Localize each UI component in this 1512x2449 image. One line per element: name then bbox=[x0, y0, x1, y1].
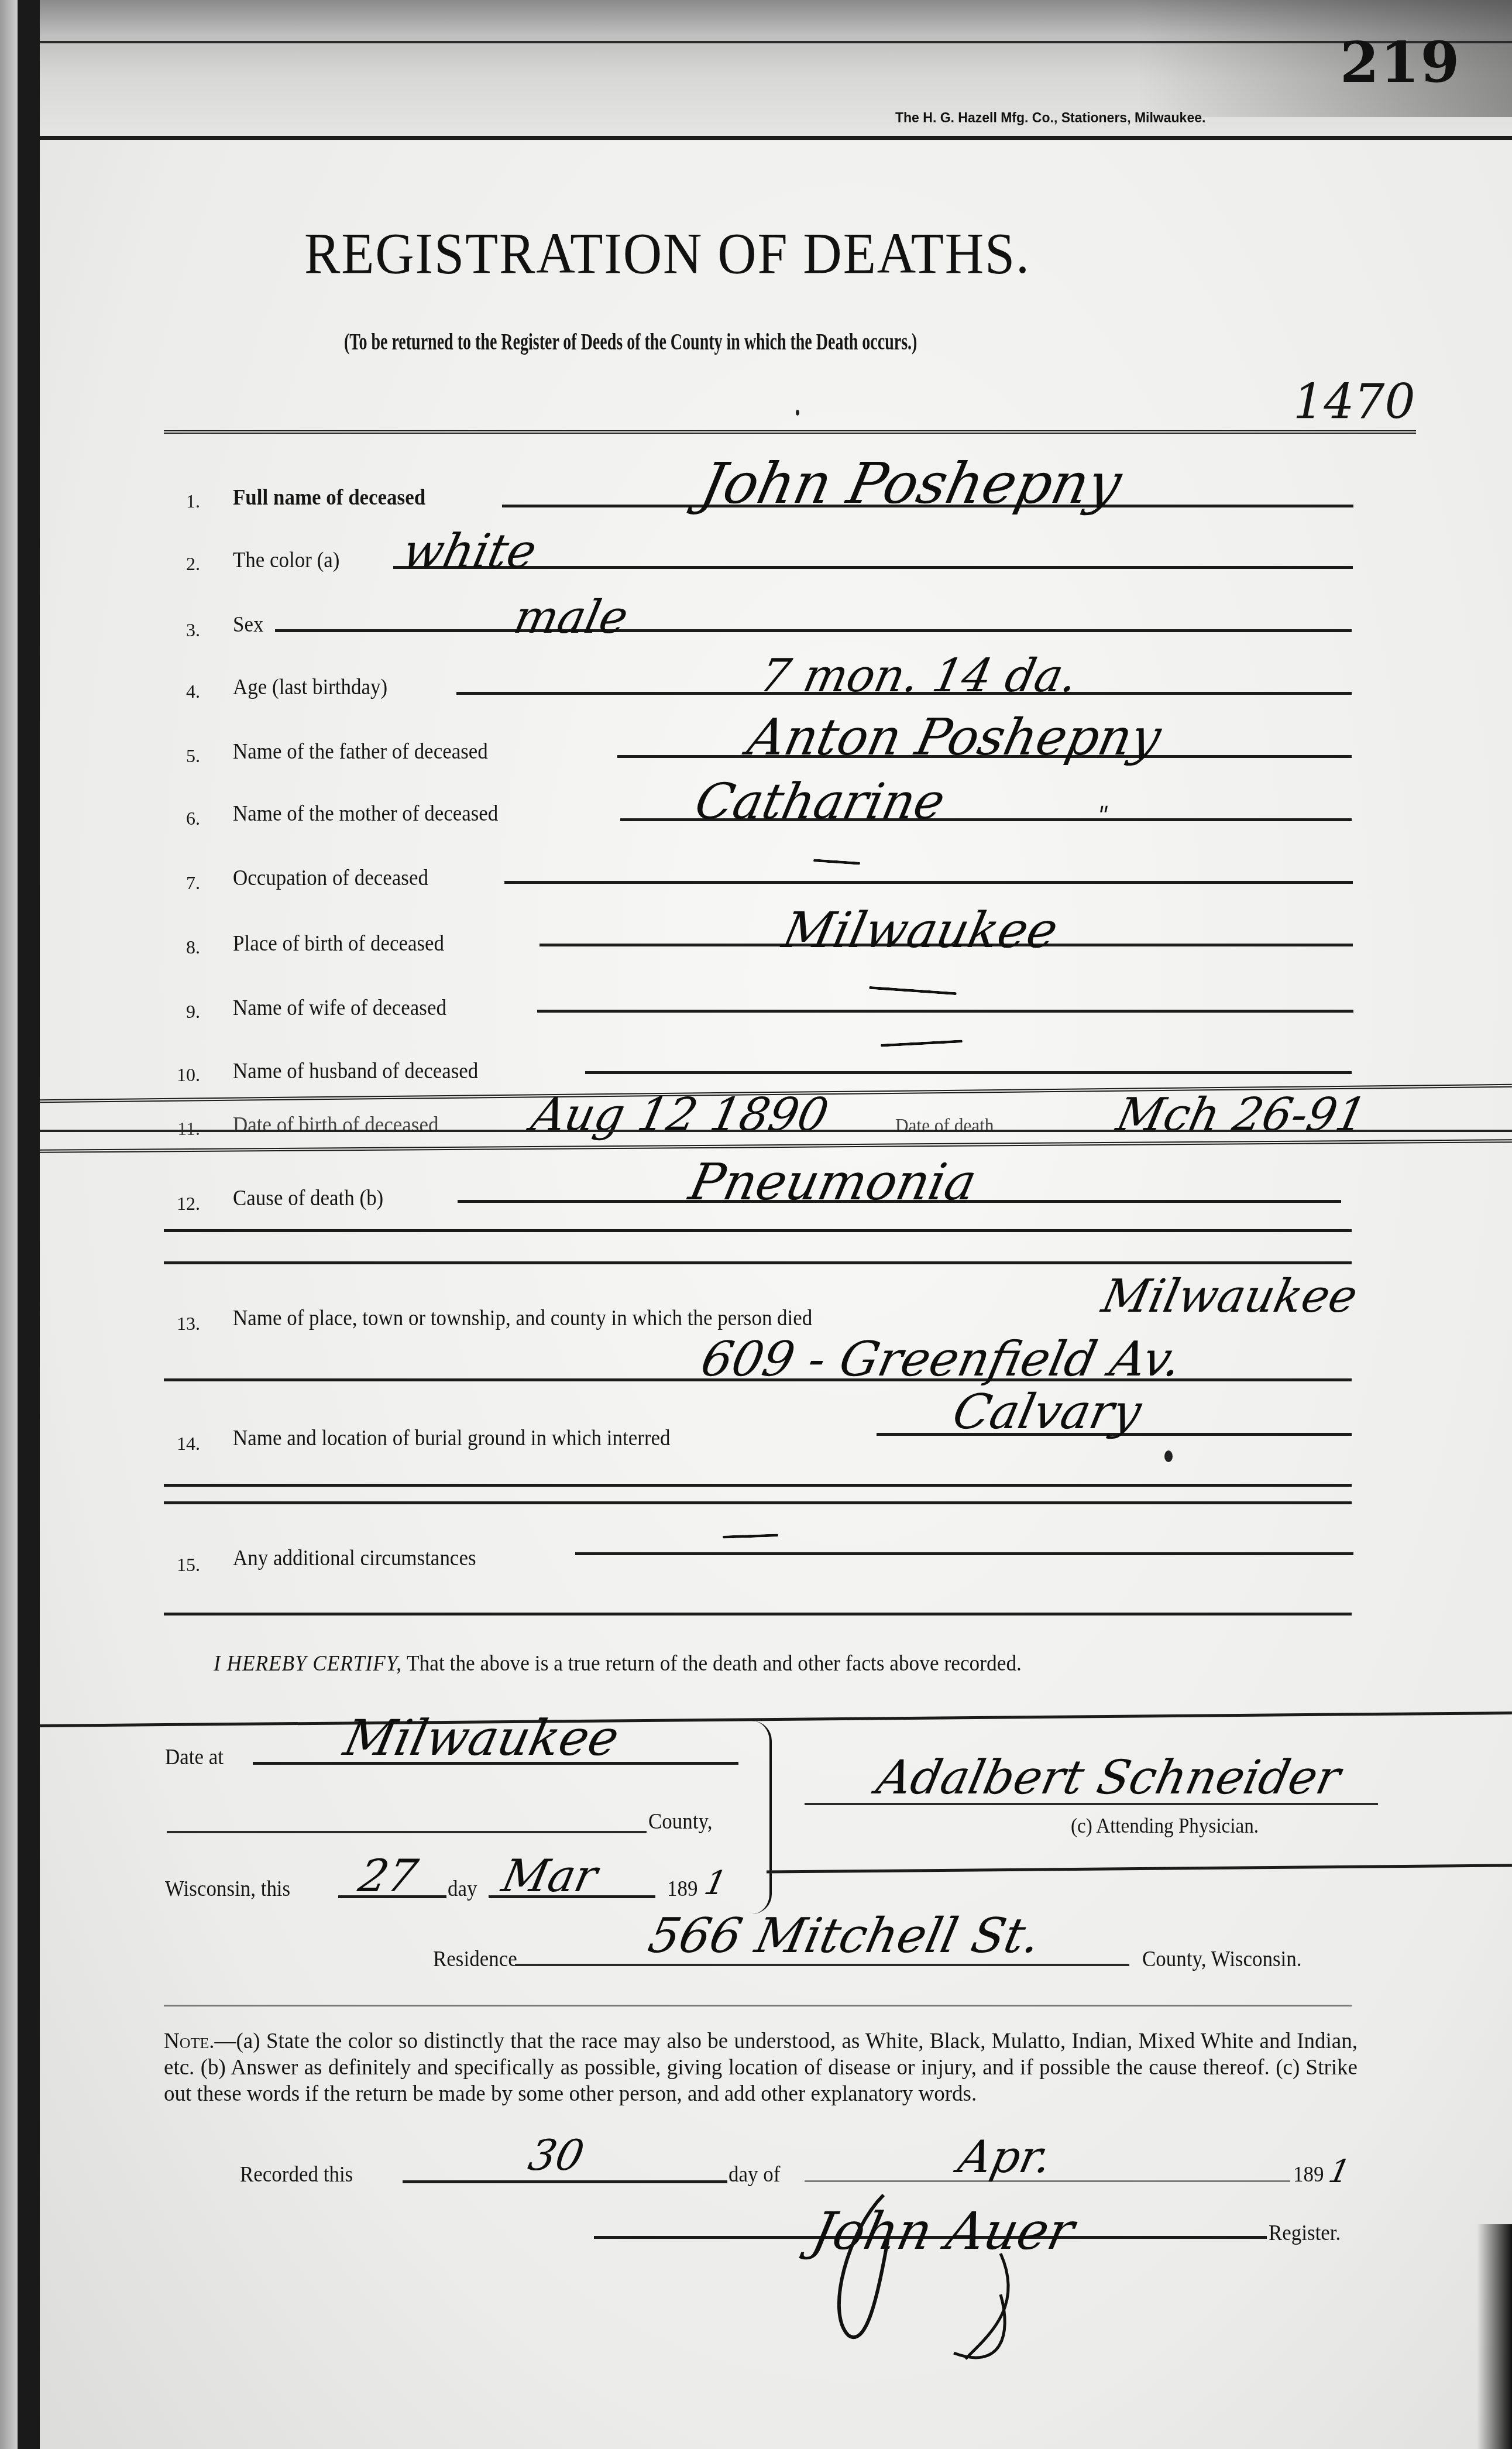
residence-value[interactable]: 566 Mitchell St. bbox=[644, 1908, 1046, 1964]
field-number: 2. bbox=[153, 553, 200, 575]
field-value-age[interactable]: 7 mon. 14 da. bbox=[755, 650, 1083, 702]
field-label-wife: Name of wife of deceased bbox=[233, 995, 446, 1021]
binding-shadow bbox=[18, 0, 40, 2449]
certification-statement: I HEREBY CERTIFY, That the above is a tr… bbox=[214, 1651, 1022, 1676]
field-number: 5. bbox=[153, 745, 200, 767]
field-label-cause: Cause of death (b) bbox=[233, 1185, 383, 1211]
certify-day-value[interactable]: 27 bbox=[355, 1850, 422, 1902]
field-number: 10. bbox=[153, 1064, 200, 1086]
field-number: 1. bbox=[153, 491, 200, 512]
field-number: 11. bbox=[153, 1118, 200, 1140]
page-number: 219 bbox=[1340, 29, 1461, 95]
certification-text: That the above is a true return of the d… bbox=[407, 1651, 1022, 1676]
field-line bbox=[537, 1010, 1353, 1013]
field-label-sex: Sex bbox=[233, 612, 263, 637]
field-line-extra bbox=[164, 1261, 1352, 1264]
ink-speck bbox=[1164, 1450, 1173, 1462]
field-label-father: Name of the father of deceased bbox=[233, 739, 488, 764]
field-label-mother: Name of the mother of deceased bbox=[233, 801, 498, 826]
field-value-mother[interactable]: Catharine bbox=[690, 773, 950, 830]
date-at-value[interactable]: Milwaukee bbox=[339, 1709, 624, 1767]
field-label-occupation: Occupation of deceased bbox=[233, 865, 428, 891]
day-label: day bbox=[448, 1876, 477, 1902]
field-line-extra bbox=[164, 1229, 1352, 1232]
physician-signature[interactable]: Adalbert Schneider bbox=[872, 1750, 1345, 1805]
field-number: 7. bbox=[153, 872, 200, 894]
field-number: 3. bbox=[153, 619, 200, 641]
field-label-color: The color (a) bbox=[233, 547, 339, 573]
field-label-full-name: Full name of deceased bbox=[233, 485, 425, 510]
day-of-label: day of bbox=[728, 2162, 780, 2187]
note-lead: Note. bbox=[164, 2029, 215, 2053]
header-rule-2 bbox=[40, 136, 1512, 140]
ink-speck bbox=[796, 410, 799, 416]
header-rule-1 bbox=[40, 41, 1512, 43]
page-title: REGISTRATION OF DEATHS. bbox=[304, 219, 1030, 287]
field-number: 15. bbox=[153, 1554, 200, 1576]
field-value-father[interactable]: Anton Poshepny bbox=[743, 708, 1166, 767]
residence-suffix: County, Wisconsin. bbox=[1142, 1946, 1301, 1972]
signature-flourish-icon bbox=[778, 2160, 1235, 2371]
recorded-year-prefix: 189 bbox=[1293, 2162, 1324, 2187]
residence-label: Residence bbox=[433, 1946, 517, 1972]
field-number: 12. bbox=[153, 1193, 200, 1215]
note-text: —(a) State the color so distinctly that … bbox=[164, 2029, 1358, 2106]
field-value-burial[interactable]: Calvary bbox=[948, 1384, 1146, 1440]
field-line-extra bbox=[164, 1613, 1352, 1615]
field-label-husband: Name of husband of deceased bbox=[233, 1058, 478, 1084]
field-value-place-died-address[interactable]: 609 - Greenfield Av. bbox=[696, 1332, 1187, 1387]
record-number: 1470 bbox=[1293, 375, 1415, 430]
section-divider bbox=[164, 2005, 1352, 2006]
page-edge-shadow bbox=[1477, 2224, 1512, 2449]
field-number: 9. bbox=[153, 1001, 200, 1023]
field-line bbox=[403, 2180, 727, 2183]
recorded-day-value[interactable]: 30 bbox=[524, 2131, 588, 2180]
field-label-death-date: Date of death bbox=[895, 1115, 994, 1137]
recorded-label: Recorded this bbox=[240, 2162, 353, 2187]
field-value-birth-date[interactable]: Aug 12 1890 bbox=[527, 1089, 833, 1141]
page-subtitle: (To be returned to the Register of Deeds… bbox=[344, 328, 917, 355]
field-label-circumstances: Any additional circumstances bbox=[233, 1545, 476, 1571]
field-line bbox=[515, 1964, 1129, 1966]
field-line bbox=[585, 1071, 1352, 1074]
field-value-birthplace[interactable]: Milwaukee bbox=[778, 901, 1063, 959]
field-label-birth-date: Date of birth of deceased bbox=[233, 1112, 438, 1138]
field-value-color[interactable]: white bbox=[398, 524, 541, 578]
field-label-birthplace: Place of birth of deceased bbox=[233, 931, 444, 956]
county-label: County, bbox=[648, 1809, 712, 1834]
field-line-extra bbox=[164, 1501, 1352, 1504]
field-line-extra bbox=[164, 1484, 1352, 1487]
field-label-burial: Name and location of burial ground in wh… bbox=[233, 1425, 671, 1451]
certify-month-value[interactable]: Mar bbox=[498, 1850, 602, 1902]
year-prefix: 189 bbox=[667, 1876, 697, 1902]
strike-through-line bbox=[40, 1130, 1512, 1132]
wisconsin-this-label: Wisconsin, this bbox=[165, 1876, 290, 1902]
field-value-full-name[interactable]: John Poshepny bbox=[695, 451, 1127, 516]
register-label: Register. bbox=[1269, 2220, 1341, 2246]
field-number: 4. bbox=[153, 681, 200, 702]
field-line bbox=[393, 566, 1353, 569]
date-at-label: Date at bbox=[165, 1744, 224, 1770]
field-number: 6. bbox=[153, 808, 200, 829]
field-label-place-died: Name of place, town or township, and cou… bbox=[233, 1305, 812, 1331]
title-divider bbox=[164, 430, 1416, 436]
field-number: 8. bbox=[153, 937, 200, 958]
stationer-imprint: The H. G. Hazell Mfg. Co., Stationers, M… bbox=[895, 110, 1205, 126]
instructions-note: Note.—(a) State the color so distinctly … bbox=[164, 2028, 1358, 2107]
field-line bbox=[504, 881, 1353, 884]
field-number: 13. bbox=[153, 1313, 200, 1335]
field-line bbox=[275, 629, 1352, 632]
field-label-age: Age (last birthday) bbox=[233, 674, 387, 700]
physician-label: (c) Attending Physician. bbox=[1071, 1813, 1259, 1838]
field-line bbox=[575, 1552, 1353, 1555]
field-number: 14. bbox=[153, 1433, 200, 1455]
field-value-death-date[interactable]: Mch 26-91 bbox=[1112, 1089, 1371, 1141]
field-line bbox=[167, 1831, 647, 1833]
field-value-place-died[interactable]: Milwaukee bbox=[1097, 1270, 1362, 1323]
field-value-sex[interactable]: male bbox=[509, 591, 633, 644]
signature-brace bbox=[752, 1721, 772, 1914]
certification-lead: I HEREBY CERTIFY, bbox=[214, 1651, 402, 1676]
field-value-cause[interactable]: Pneumonia bbox=[684, 1153, 981, 1212]
